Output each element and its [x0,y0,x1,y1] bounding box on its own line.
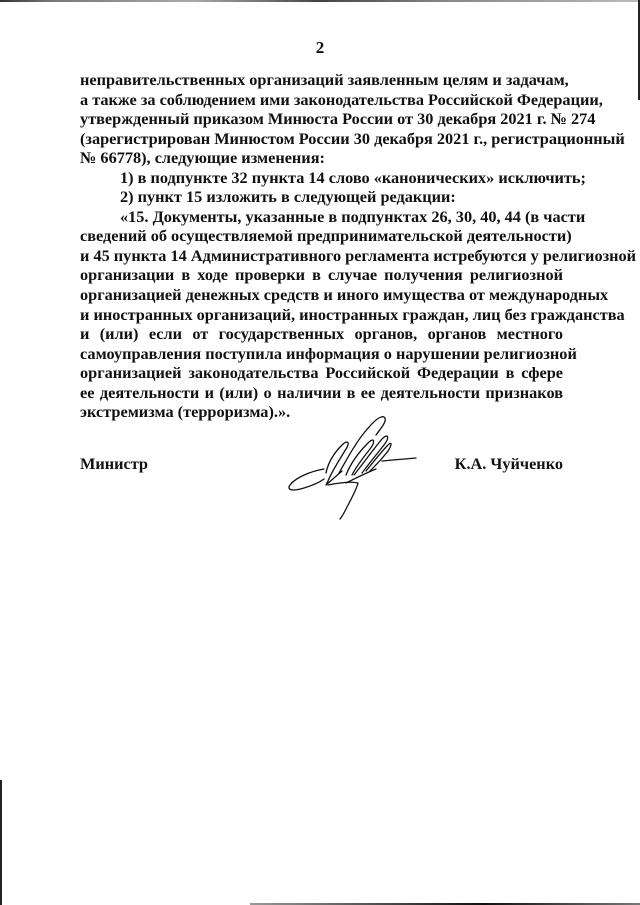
signatory-name: К.А. Чуйченко [455,454,563,474]
body-line-14: и (или) если от государственных органов,… [80,324,563,344]
document-body: неправительственных организаций заявленн… [80,70,563,422]
document-page: 2 неправительственных организаций заявле… [0,0,640,905]
body-line-3: утвержденный приказом Минюста России от … [80,109,563,129]
amendment-item-2: 2) пункт 15 изложить в следующей редакци… [80,187,563,207]
body-line-16: организацией законодательства Российской… [80,363,563,383]
body-line-2: а также за соблюдением ими законодательс… [80,90,563,110]
body-line-10: и 45 пункта 14 Административного регламе… [80,246,563,266]
body-line-1: неправительственных организаций заявленн… [80,70,563,90]
body-line-5: № 66778), следующие изменения: [80,148,563,168]
body-line-15: самоуправления поступила информация о на… [80,344,563,364]
body-line-17: ее деятельности и (или) о наличии в ее д… [80,383,563,403]
body-line-9: сведений об осуществляемой предпринимате… [80,226,563,246]
body-line-12: организацией денежных средств и иного им… [80,285,563,305]
body-line-11: организации в ходе проверки в случае пол… [80,265,563,285]
body-line-13: и иностранных организаций, иностранных г… [80,305,563,325]
signatory-position: Министр [80,454,148,474]
body-line-4: (зарегистрирован Минюстом России 30 дека… [80,129,563,149]
signature-icon [284,405,419,520]
scan-edge-left [0,780,2,905]
scan-edge-top [0,0,640,2]
amendment-item-1: 1) в подпункте 32 пункта 14 слово «канон… [80,168,563,188]
page-number: 2 [0,38,640,58]
quoted-paragraph-15-start: «15. Документы, указанные в подпунктах 2… [80,207,563,227]
